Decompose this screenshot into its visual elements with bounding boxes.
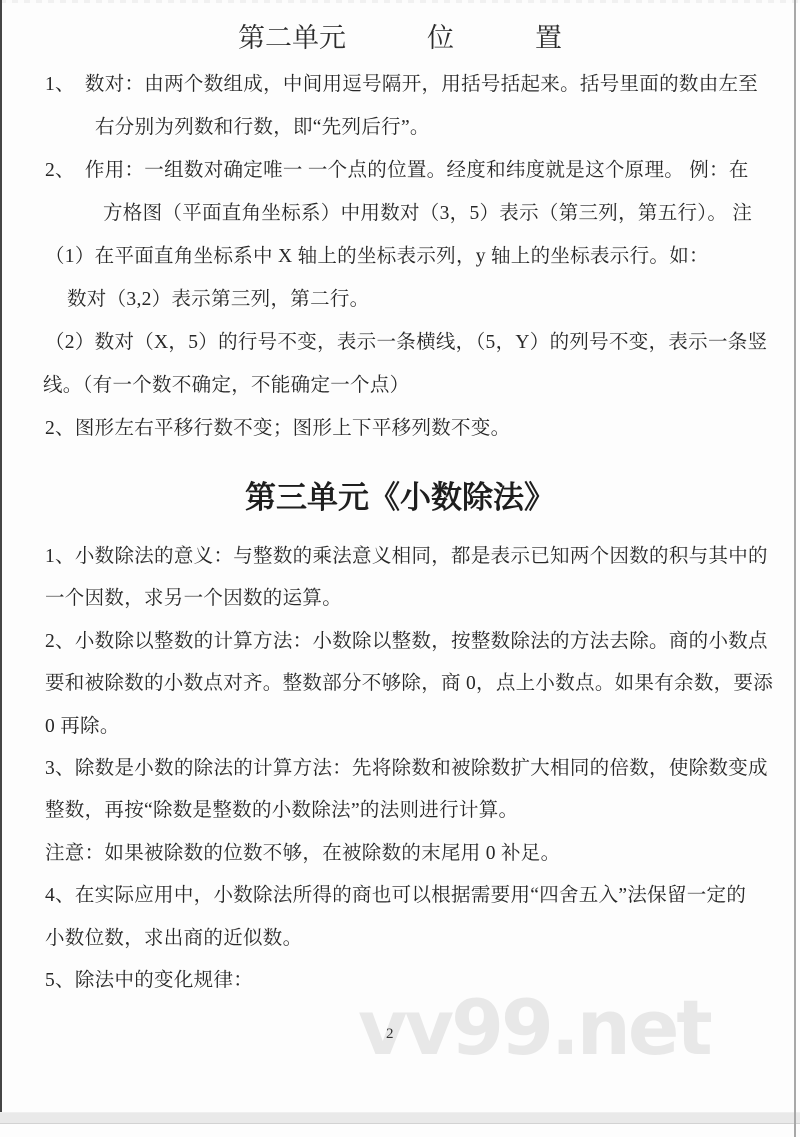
text-line: 方格图（平面直角坐标系）中用数对（3，5）表示（第三列，第五行）。 注 bbox=[0, 192, 800, 235]
page-gap-band bbox=[0, 1112, 800, 1124]
right-edge-line bbox=[794, 0, 796, 1137]
document-viewport: 第二单元 位 置 1、 数对：由两个数组成，中间用逗号隔开，用括号括起来。括号里… bbox=[0, 0, 800, 1137]
left-edge-line bbox=[0, 0, 2, 1112]
text-line: 要和被除数的小数点对齐。整数部分不够除，商 0，点上小数点。如果有余数，要添 bbox=[0, 663, 800, 705]
text-line: 数对（3,2）表示第三列，第二行。 bbox=[0, 278, 800, 321]
unit3-content: 1、小数除法的意义：与整数的乘法意义相同，都是表示已知两个因数的积与其中的一个因… bbox=[0, 536, 800, 1002]
unit2-heading: 第二单元 位 置 bbox=[0, 16, 800, 55]
text-line: 注意：如果被除数的位数不够，在被除数的末尾用 0 补足。 bbox=[0, 833, 800, 875]
text-line: 一个因数，求另一个因数的运算。 bbox=[0, 578, 800, 620]
watermark-text: vv99.net bbox=[358, 990, 710, 1066]
text-line: 1、小数除法的意义：与整数的乘法意义相同，都是表示已知两个因数的积与其中的 bbox=[0, 536, 800, 578]
text-line: 1、 数对：由两个数组成，中间用逗号隔开，用括号括起来。括号里面的数由左至 bbox=[0, 63, 800, 106]
text-line: 4、在实际应用中，小数除法所得的商也可以根据需要用“四舍五入”法保留一定的 bbox=[0, 875, 800, 917]
text-line: 右分别为列数和行数，即“先列后行”。 bbox=[0, 106, 800, 149]
next-page-top bbox=[0, 1125, 800, 1137]
text-line: 2、 作用：一组数对确定唯一 一个点的位置。经度和纬度就是这个原理。 例：在 bbox=[0, 149, 800, 192]
text-line: 线。（有一个数不确定，不能确定一个点） bbox=[0, 364, 800, 407]
document-page: 第二单元 位 置 1、 数对：由两个数组成，中间用逗号隔开，用括号括起来。括号里… bbox=[0, 0, 800, 1112]
text-line: 2、图形左右平移行数不变；图形上下平移列数不变。 bbox=[0, 407, 800, 450]
text-line: 小数位数，求出商的近似数。 bbox=[0, 918, 800, 960]
text-line: （1）在平面直角坐标系中 X 轴上的坐标表示列，y 轴上的坐标表示行。如： bbox=[0, 235, 800, 278]
unit2-content: 1、 数对：由两个数组成，中间用逗号隔开，用括号括起来。括号里面的数由左至右分别… bbox=[0, 63, 800, 450]
text-line: 整数，再按“除数是整数的小数除法”的法则进行计算。 bbox=[0, 790, 800, 832]
text-line: 0 再除。 bbox=[0, 706, 800, 748]
text-line: 2、小数除以整数的计算方法：小数除以整数，按整数除法的方法去除。商的小数点 bbox=[0, 621, 800, 663]
text-line: （2）数对（X，5）的行号不变，表示一条横线，（5，Y）的列号不变，表示一条竖 bbox=[0, 321, 800, 364]
page-number: 2 bbox=[386, 1026, 394, 1043]
text-line: 3、除数是小数的除法的计算方法：先将除数和被除数扩大相同的倍数，使除数变成 bbox=[0, 748, 800, 790]
page-top-edge bbox=[0, 0, 800, 3]
unit3-heading: 第三单元《小数除法》 bbox=[0, 472, 800, 517]
